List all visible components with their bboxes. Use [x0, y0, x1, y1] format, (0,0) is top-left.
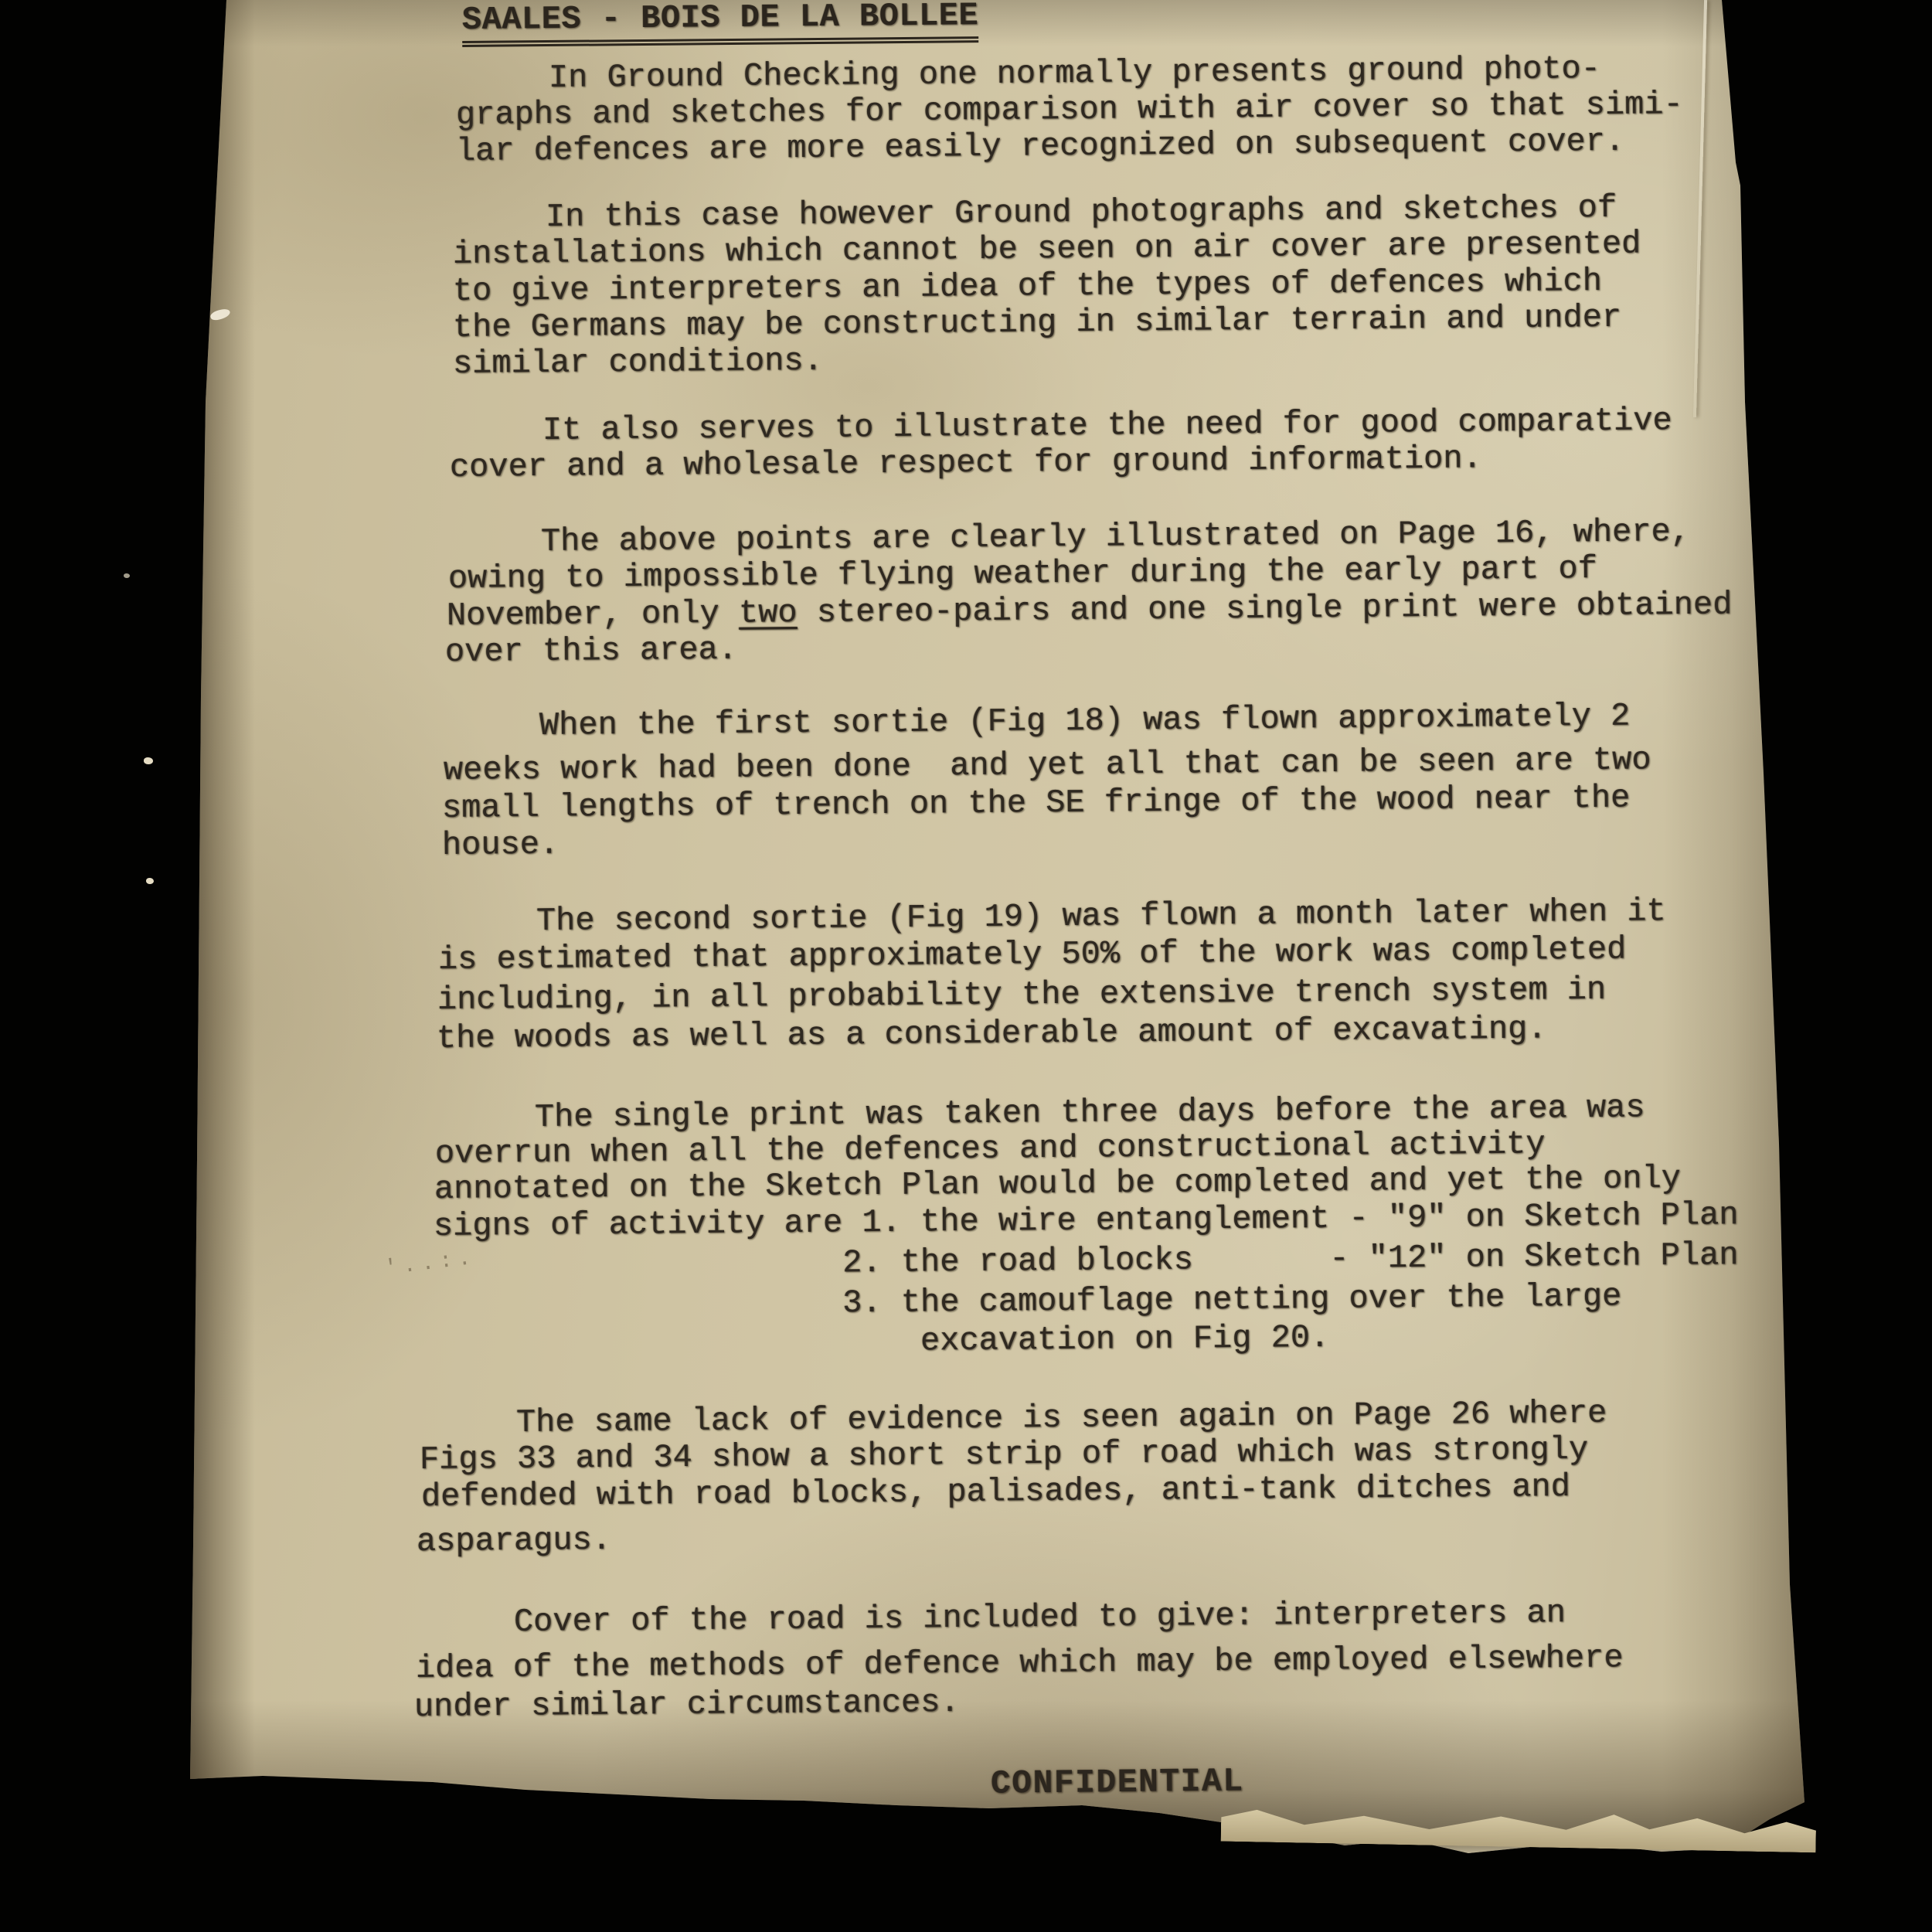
classification-stamp: CONFIDENTIAL: [991, 1762, 1244, 1802]
text-line: It also serves to illustrate the need fo…: [543, 403, 1672, 448]
underlined-word: two: [739, 594, 798, 632]
text-line: Cover of the road is included to give: i…: [514, 1595, 1566, 1640]
text-line: under similar circumstances.: [414, 1685, 960, 1725]
text-fragment: November, only: [447, 595, 739, 634]
text-line: When the first sortie (Fig 18) was flown…: [539, 699, 1631, 743]
text-line: 3. the camouflage netting over the large: [434, 1279, 1622, 1325]
text-line: the woods as well as a considerable amou…: [437, 1011, 1547, 1056]
text-line: similar conditions.: [453, 343, 823, 382]
photographed-document-scene: SAALES - BOIS DE LA BOLLEE '..:. CONFIDE…: [0, 0, 1932, 1932]
page-title: SAALES - BOIS DE LA BOLLEE: [462, 0, 979, 47]
text-line: 2. the road blocks - "12" on Sketch Plan: [434, 1237, 1739, 1284]
text-line: asparagus.: [417, 1522, 611, 1560]
text-line: cover and a wholesale respect for ground…: [450, 440, 1482, 485]
text-line: idea of the methods of defence which may…: [416, 1640, 1624, 1686]
text-line: excavation on Fig 20.: [434, 1320, 1330, 1363]
text-line: house.: [442, 827, 560, 863]
text-fragment: stereo-pairs and one single print were o…: [797, 586, 1732, 631]
typewritten-text-layer: SAALES - BOIS DE LA BOLLEE '..:. CONFIDE…: [0, 0, 1932, 1932]
text-line: over this area.: [445, 632, 737, 670]
